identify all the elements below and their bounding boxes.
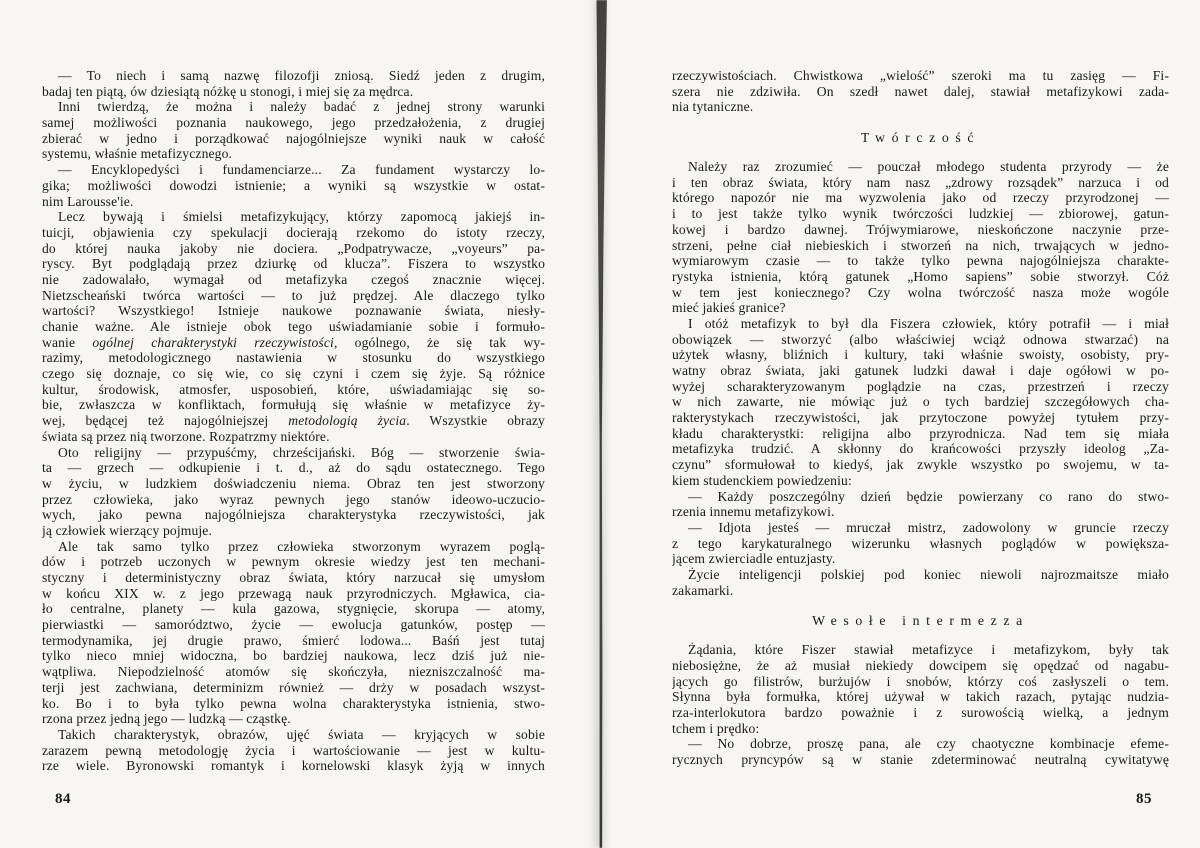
text-line: nia tytaniczne. [672, 99, 1169, 115]
text-line: metafizyka trudzić. A skłonny do krańcow… [672, 441, 1169, 457]
text-line: Życie inteligencji polskiej pod koniec n… [672, 567, 1169, 583]
text-line: jących go filistrów, burżujów i snobów, … [672, 674, 1169, 690]
text-line: gika; możliwości dowodzi istnienie; a wy… [42, 178, 545, 194]
text-line: watny obraz świata, jaki gatunek ludzki … [672, 363, 1169, 379]
text-line: zakamarki. [672, 583, 1169, 599]
text-line: bie, zwłaszcza w konfliktach, formułują … [42, 397, 545, 413]
text-line: rzenia innemu metafizykowi. [672, 504, 1169, 520]
text-line: razimy, metodologicznego nastawienia w s… [42, 350, 545, 366]
text-line: ta — grzech — odkupienie i t. d., aż do … [42, 460, 545, 476]
page-number-right: 85 [1136, 791, 1152, 808]
text-line: Należy raz zrozumieć — pouczał młodego s… [672, 159, 1169, 175]
text-line: niebosiężne, że aż musiał niekiedy dowci… [672, 658, 1169, 674]
section-heading: Wesołe intermezza [672, 613, 1169, 629]
text-line: zarazem pewną metodologję życia i wartoś… [42, 743, 545, 759]
text-line: Słynna była formułka, której używał w ta… [672, 689, 1169, 705]
text-line: — Encyklopedyści i fundamenciarze... Za … [42, 162, 545, 178]
text-line: kultur, środowisk, atmosfer, usposobień,… [42, 382, 545, 398]
text-line: wymiarowym czasie — to także tylko pewna… [672, 253, 1169, 269]
text-line: chanie ważne. Ale istnieje obok tego uśw… [42, 319, 545, 335]
text-line: Żądania, które Fiszer stawiał metafizyce… [672, 642, 1169, 658]
text-line: — To niech i samą nazwę filozofji zniosą… [42, 68, 545, 84]
text-line: użytek własny, bliźnich i kultury, taki … [672, 347, 1169, 363]
text-line: nim Larousse'ie. [42, 194, 545, 210]
text-line: w nich zawarte, nie mówiąc już o tych ba… [672, 394, 1169, 410]
text-line: Oto religijny — przypuśćmy, chrześcijańs… [42, 445, 545, 461]
text-line: dów i potrzeb uczonych w pewnym okresie … [42, 554, 545, 570]
text-line: tchem i prędko: [672, 721, 1169, 737]
text-line: styczny i deterministyczny obraz świata,… [42, 570, 545, 586]
text-line: wanie ogólnej charakterystyki rzeczywist… [42, 335, 545, 351]
text-line: badaj ten piątą, ów dziesiątą nóżkę u st… [42, 84, 545, 100]
text-line: Nietzscheański twórca wartości — to już … [42, 288, 545, 304]
text-line: pierwiastki — samorództwo, życie — ewolu… [42, 617, 545, 633]
text-line: terji jest zachwiana, determinizm równie… [42, 680, 545, 696]
text-line: rze wiele. Byronowski romantyk i kornelo… [42, 758, 545, 774]
text-line: świata są przez nią tworzone. Rozpatrzmy… [42, 429, 545, 445]
text-line: w życiu, w ludzkiem doświadczeniu niema.… [42, 476, 545, 492]
text-line: ryscy. Byt podglądają przez dziurkę od k… [42, 256, 545, 272]
text-line: Inni twierdzą, że można i należy badać z… [42, 99, 545, 115]
page-number-left: 84 [55, 791, 71, 808]
text-line: wej, będącej też najogólniejszej metodol… [42, 413, 545, 429]
text-line: tylko nieco mniej widoczna, bo bardziej … [42, 648, 545, 664]
text-line: i ten obraz świata, który nam nasz „zdro… [672, 175, 1169, 191]
text-line: którego napozór nie ma wyzwolenia jako o… [672, 190, 1169, 206]
text-line: systemu, właśnie metafizycznego. [42, 146, 545, 162]
text-line: szera nie zdziwiła. On szedł nawet dalej… [672, 84, 1169, 100]
text-line: ją człowiek wierzący pojmuje. [42, 523, 545, 539]
text-line: zbierać w jedno i porządkować najogólnie… [42, 131, 545, 147]
text-line: rystyka istnienia, którą gatunek „Homo s… [672, 269, 1169, 285]
text-line: wartości? Wszystkiego! Istnieje naukowe … [42, 303, 545, 319]
text-line: samej możliwości poznania naukowego, jeg… [42, 115, 545, 131]
text-line: rzona przez jedną jego — ludzką — cząstk… [42, 711, 545, 727]
text-line: rycznych pryncypów są w stanie zdetermin… [672, 752, 1169, 768]
text-line: Lecz bywają i śmielsi metafizykujący, kt… [42, 209, 545, 225]
text-line: termodynamika, jej drugie prawo, śmierć … [42, 633, 545, 649]
text-line: do której nauka jakoby nie dociera. „Pod… [42, 241, 545, 257]
text-line: I otóż metafizyk to był dla Fiszera czło… [672, 316, 1169, 332]
text-line: ko. Bo i to była tylko pewna wolna chara… [42, 696, 545, 712]
text-line: kiem studenckiem powiedzeniu: [672, 473, 1169, 489]
text-line: — No dobrze, proszę pana, ale czy chaoty… [672, 736, 1169, 752]
text-line: rakterystykach rzeczywistości, jak przyt… [672, 410, 1169, 426]
text-line: — Idjota jesteś — mruczał mistrz, zadowo… [672, 520, 1169, 536]
text-line: rza-interlokutora bardzo poważnie i z su… [672, 705, 1169, 721]
text-line: wych, jako pewna najogólniejsza charakte… [42, 507, 545, 523]
text-line: rzeczywistościach. Chwistkowa „wielość” … [672, 68, 1169, 84]
section-heading: Twórczość [672, 130, 1169, 146]
text-line: i to jest także tylko wynik twórczości l… [672, 206, 1169, 222]
text-line: — Każdy poszczególny dzień będzie powier… [672, 489, 1169, 505]
text-line: czego się doznaje, co się wie, co się cz… [42, 366, 545, 382]
text-line: z tego karykaturalnego wizerunku własnyc… [672, 536, 1169, 552]
text-line: jącem zwierciadle entuzjasty. [672, 551, 1169, 567]
text-line: ło centralne, planety — kula gazowa, sty… [42, 601, 545, 617]
text-line: czynu” sformułował to kiedyś, jak zwykle… [672, 457, 1169, 473]
text-line: kładu charakterystki: religijna albo prz… [672, 426, 1169, 442]
text-line: kowej i bardzo dawnej. Trójwymiarowe, ni… [672, 222, 1169, 238]
text-line: wyżej scharakteryzowanym poglądzie na cz… [672, 379, 1169, 395]
text-line: obowiązek — stworzyć (albo właściwiej wc… [672, 332, 1169, 348]
left-page-body: — To niech i samą nazwę filozofji zniosą… [42, 68, 545, 774]
text-line: w końcu XIX w. z jego przewagą nauk przy… [42, 586, 545, 602]
book-scan-spread: { "document": { "kind": "scanned-book-sp… [0, 0, 1200, 848]
text-line: nie zadowalało, wymagał od metafizyka cz… [42, 272, 545, 288]
text-line: przez człowieka, jako wyraz pewnych jego… [42, 492, 545, 508]
text-line: Takich charakterystyk, obrazów, ujęć świ… [42, 727, 545, 743]
text-line: Ale tak samo tylko przez człowieka stwor… [42, 539, 545, 555]
text-line: w tem jest koniecznego? Czy wolna twórcz… [672, 285, 1169, 301]
right-page-body: rzeczywistościach. Chwistkowa „wielość” … [672, 68, 1169, 768]
text-line: tuicji, objawienia czy spekulacji docier… [42, 225, 545, 241]
text-line: mieć jakieś granice? [672, 300, 1169, 316]
text-line: wątpliwa. Niepodzielność atomów się skoń… [42, 664, 545, 680]
text-line: strzeni, pełne ciał niebieskich i stworz… [672, 238, 1169, 254]
